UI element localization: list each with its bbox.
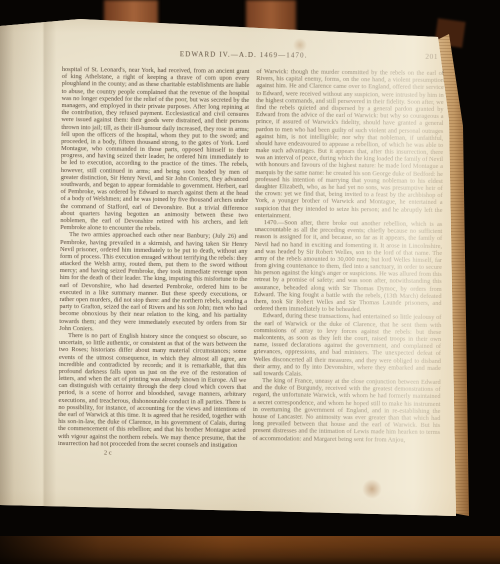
two-column-text: hospital of St. Leonard's, near York, ha… xyxy=(58,66,444,451)
printed-text-block: EDWARD IV.—A.D. 1469—1470. 201 hospital … xyxy=(58,48,444,460)
paragraph: 1470.—Soon after, there broke out anothe… xyxy=(254,219,442,314)
paragraph: The two armies approached each other nea… xyxy=(59,231,248,334)
paragraph: Edward, during these transactions, had e… xyxy=(253,312,441,379)
right-column: of Warwick: though the murder committed … xyxy=(252,68,443,451)
paragraph: There is no part of English history sinc… xyxy=(58,332,247,449)
left-column: hospital of St. Leonard's, near York, ha… xyxy=(58,66,249,449)
paragraph: The king of France, uneasy at the close … xyxy=(253,377,441,444)
running-title: EDWARD IV.—A.D. 1469—1470. xyxy=(62,49,425,61)
paragraph: of Warwick: though the murder committed … xyxy=(255,68,444,221)
book-photograph: EDWARD IV.—A.D. 1469—1470. 201 hospital … xyxy=(0,0,500,564)
page-number: 201 xyxy=(425,52,438,61)
paragraph: hospital of St. Leonard's, near York, ha… xyxy=(60,66,249,233)
table-shadow xyxy=(0,536,500,564)
